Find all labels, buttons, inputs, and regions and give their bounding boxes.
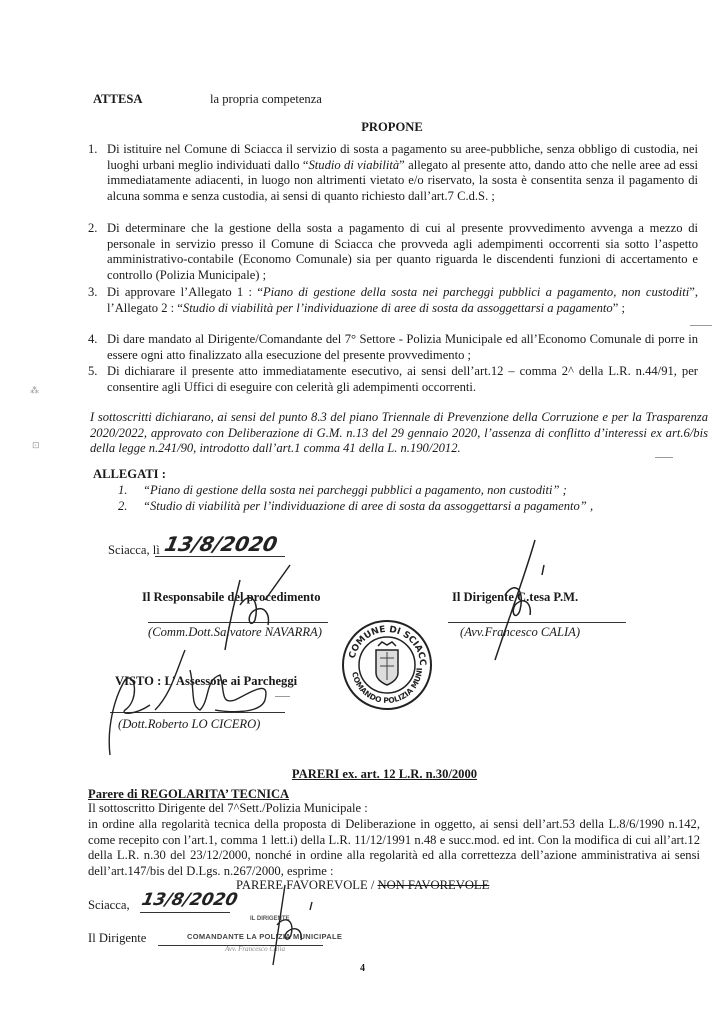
- visto-assessore-label: VISTO : L’Assessore ai Parcheggi: [115, 674, 297, 690]
- dirigente-sign-line: [448, 622, 626, 623]
- pareri-handwritten-date: 13/8/2020: [140, 890, 239, 910]
- responsabile-name: (Comm.Dott.Salvatore NAVARRA): [148, 625, 322, 641]
- parere-favorevole: PARERE FAVOREVOLE /: [236, 878, 377, 892]
- responsabile-label: Il Responsabile del procedimento: [142, 590, 321, 606]
- propone-item-1: 1. Di istituire nel Comune di Sciacca il…: [88, 142, 698, 204]
- propone-item-3: 3. Di approvare l’Allegato 1 : “Piano di…: [88, 285, 698, 316]
- dirigente-statement: Il sottoscritto Dirigente del 7^Sett./Po…: [88, 801, 368, 817]
- scan-noise: [690, 325, 712, 326]
- responsabile-sign-line: [148, 622, 328, 623]
- propone-item-2: 2. Di determinare che la gestione della …: [88, 221, 698, 283]
- propone-item-5: 5. Di dichiarare il presente atto immedi…: [88, 364, 698, 395]
- conflict-declaration: I sottoscritti dichiarano, ai sensi del …: [90, 410, 708, 457]
- pareri-date-line: [140, 912, 230, 913]
- attesa-text: la propria competenza: [210, 92, 322, 108]
- signature-lo-cicero-icon: [95, 640, 325, 760]
- dirigente-label: Il Dirigente C.tesa P.M.: [452, 590, 578, 606]
- regolarita-body: in ordine alla regolarità tecnica della …: [88, 817, 700, 879]
- parere-result: PARERE FAVOREVOLE / NON FAVOREVOLE: [236, 878, 489, 894]
- pareri-dirigente-label: Il Dirigente: [88, 931, 146, 947]
- handwritten-date: 13/8/2020: [162, 532, 279, 556]
- assessore-name: (Dott.Roberto LO CICERO): [118, 717, 260, 733]
- svg-text:COMUNE DI SCIACCA: COMUNE DI SCIACCA: [340, 618, 427, 666]
- pareri-heading: PARERI ex. art. 12 L.R. n.30/2000: [0, 767, 724, 783]
- stamp-line-1: IL DIRIGENTE: [250, 916, 290, 922]
- scan-noise: [655, 457, 673, 458]
- pareri-place-label: Sciacca,: [88, 898, 130, 914]
- margin-scan-mark-2-icon: ⊡: [32, 440, 40, 451]
- stamp-line-2: COMANDANTE LA POLIZIA MUNICIPALE: [187, 932, 342, 941]
- propone-heading: PROPONE: [0, 120, 724, 136]
- dirigente-name: (Avv.Francesco CALIA): [460, 625, 580, 641]
- svg-text:COMANDO POLIZIA MUNICIPALE: COMANDO POLIZIA MUNICIPALE: [340, 618, 424, 705]
- municipal-police-stamp-icon: COMUNE DI SCIACCA COMANDO POLIZIA MUNICI…: [340, 618, 434, 712]
- assessore-sign-line: [110, 712, 285, 713]
- attesa-label: ATTESA: [93, 92, 142, 108]
- margin-scan-mark-icon: ⁂: [30, 385, 39, 396]
- parere-non-favorevole: NON FAVOREVOLE: [377, 878, 489, 892]
- stamp-line-3: Avv. Francesco Calia: [225, 945, 285, 953]
- allegato-item-1: 1.“Piano di gestione della sosta nei par…: [118, 483, 567, 499]
- allegato-item-2: 2.“Studio di viabilità per l’individuazi…: [118, 499, 593, 515]
- date-line: [155, 556, 285, 557]
- signature-navarra-icon: [200, 560, 330, 660]
- allegati-heading: ALLEGATI :: [93, 467, 166, 483]
- propone-item-4: 4. Di dare mandato al Dirigente/Comandan…: [88, 332, 698, 363]
- place-date-label: Sciacca, lì: [108, 543, 160, 559]
- page-number: 4: [360, 963, 365, 974]
- scan-noise: [275, 696, 290, 697]
